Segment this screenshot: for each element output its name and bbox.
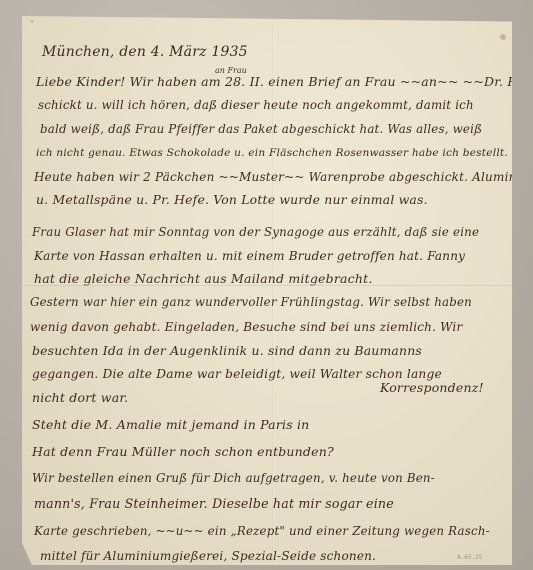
letter-line: mittel für Aluminiumgießerei, Spezial-Se… (40, 550, 376, 562)
archive-mark: A.65.25 (457, 554, 482, 561)
letter-line: schickt u. will ich hören, daß dieser he… (38, 100, 474, 112)
letter-line: ich nicht genau. Etwas Schokolade u. ein… (36, 148, 508, 159)
letter-line: Frau Glaser hat mir Sonntag von der Syna… (32, 227, 479, 239)
rust-stain (500, 34, 506, 40)
letter-line: nicht dort war. (32, 392, 128, 405)
letter-paper: an Frau München, den 4. März 1935 Liebe … (22, 16, 512, 565)
letter-line: gegangen. Die alte Dame war beleidigt, w… (32, 368, 442, 380)
foxing-spot (30, 20, 34, 23)
letter-line: Hat denn Frau Müller noch schon entbunde… (32, 446, 334, 459)
letter-dateline: München, den 4. März 1935 (42, 45, 248, 59)
letter-line: Gestern war hier ein ganz wundervoller F… (30, 297, 472, 309)
letter-line: hat die gleiche Nachricht aus Mailand mi… (34, 273, 373, 286)
letter-line: u. Metallspäne u. Pr. Hefe. Von Lotte wu… (36, 194, 428, 206)
letter-line: Karte von Hassan erhalten u. mit einem B… (34, 250, 465, 262)
letter-line-salutation: Liebe Kinder! Wir haben am 28. II. einen… (36, 76, 533, 89)
letter-line: Steht die M. Amalie mit jemand in Paris … (32, 419, 309, 432)
letter-line: Karte geschrieben, ~~u~~ ein „Rezept" un… (34, 526, 490, 538)
letter-line: Wir bestellen einen Gruß für Dich aufget… (32, 473, 435, 485)
letter-line: besuchten Ida in der Augenklinik u. sind… (32, 345, 422, 357)
letter-line: wenig davon gehabt. Eingeladen, Besuche … (30, 321, 462, 333)
letter-line-margin-note: Korrespondenz! (380, 382, 484, 395)
letter-line: mann's, Frau Steinheimer. Dieselbe hat m… (34, 498, 394, 511)
letter-line: bald weiß, daß Frau Pfeiffer das Paket a… (40, 124, 482, 136)
letter-line: Heute haben wir 2 Päckchen ~~Muster~~ Wa… (34, 171, 533, 183)
